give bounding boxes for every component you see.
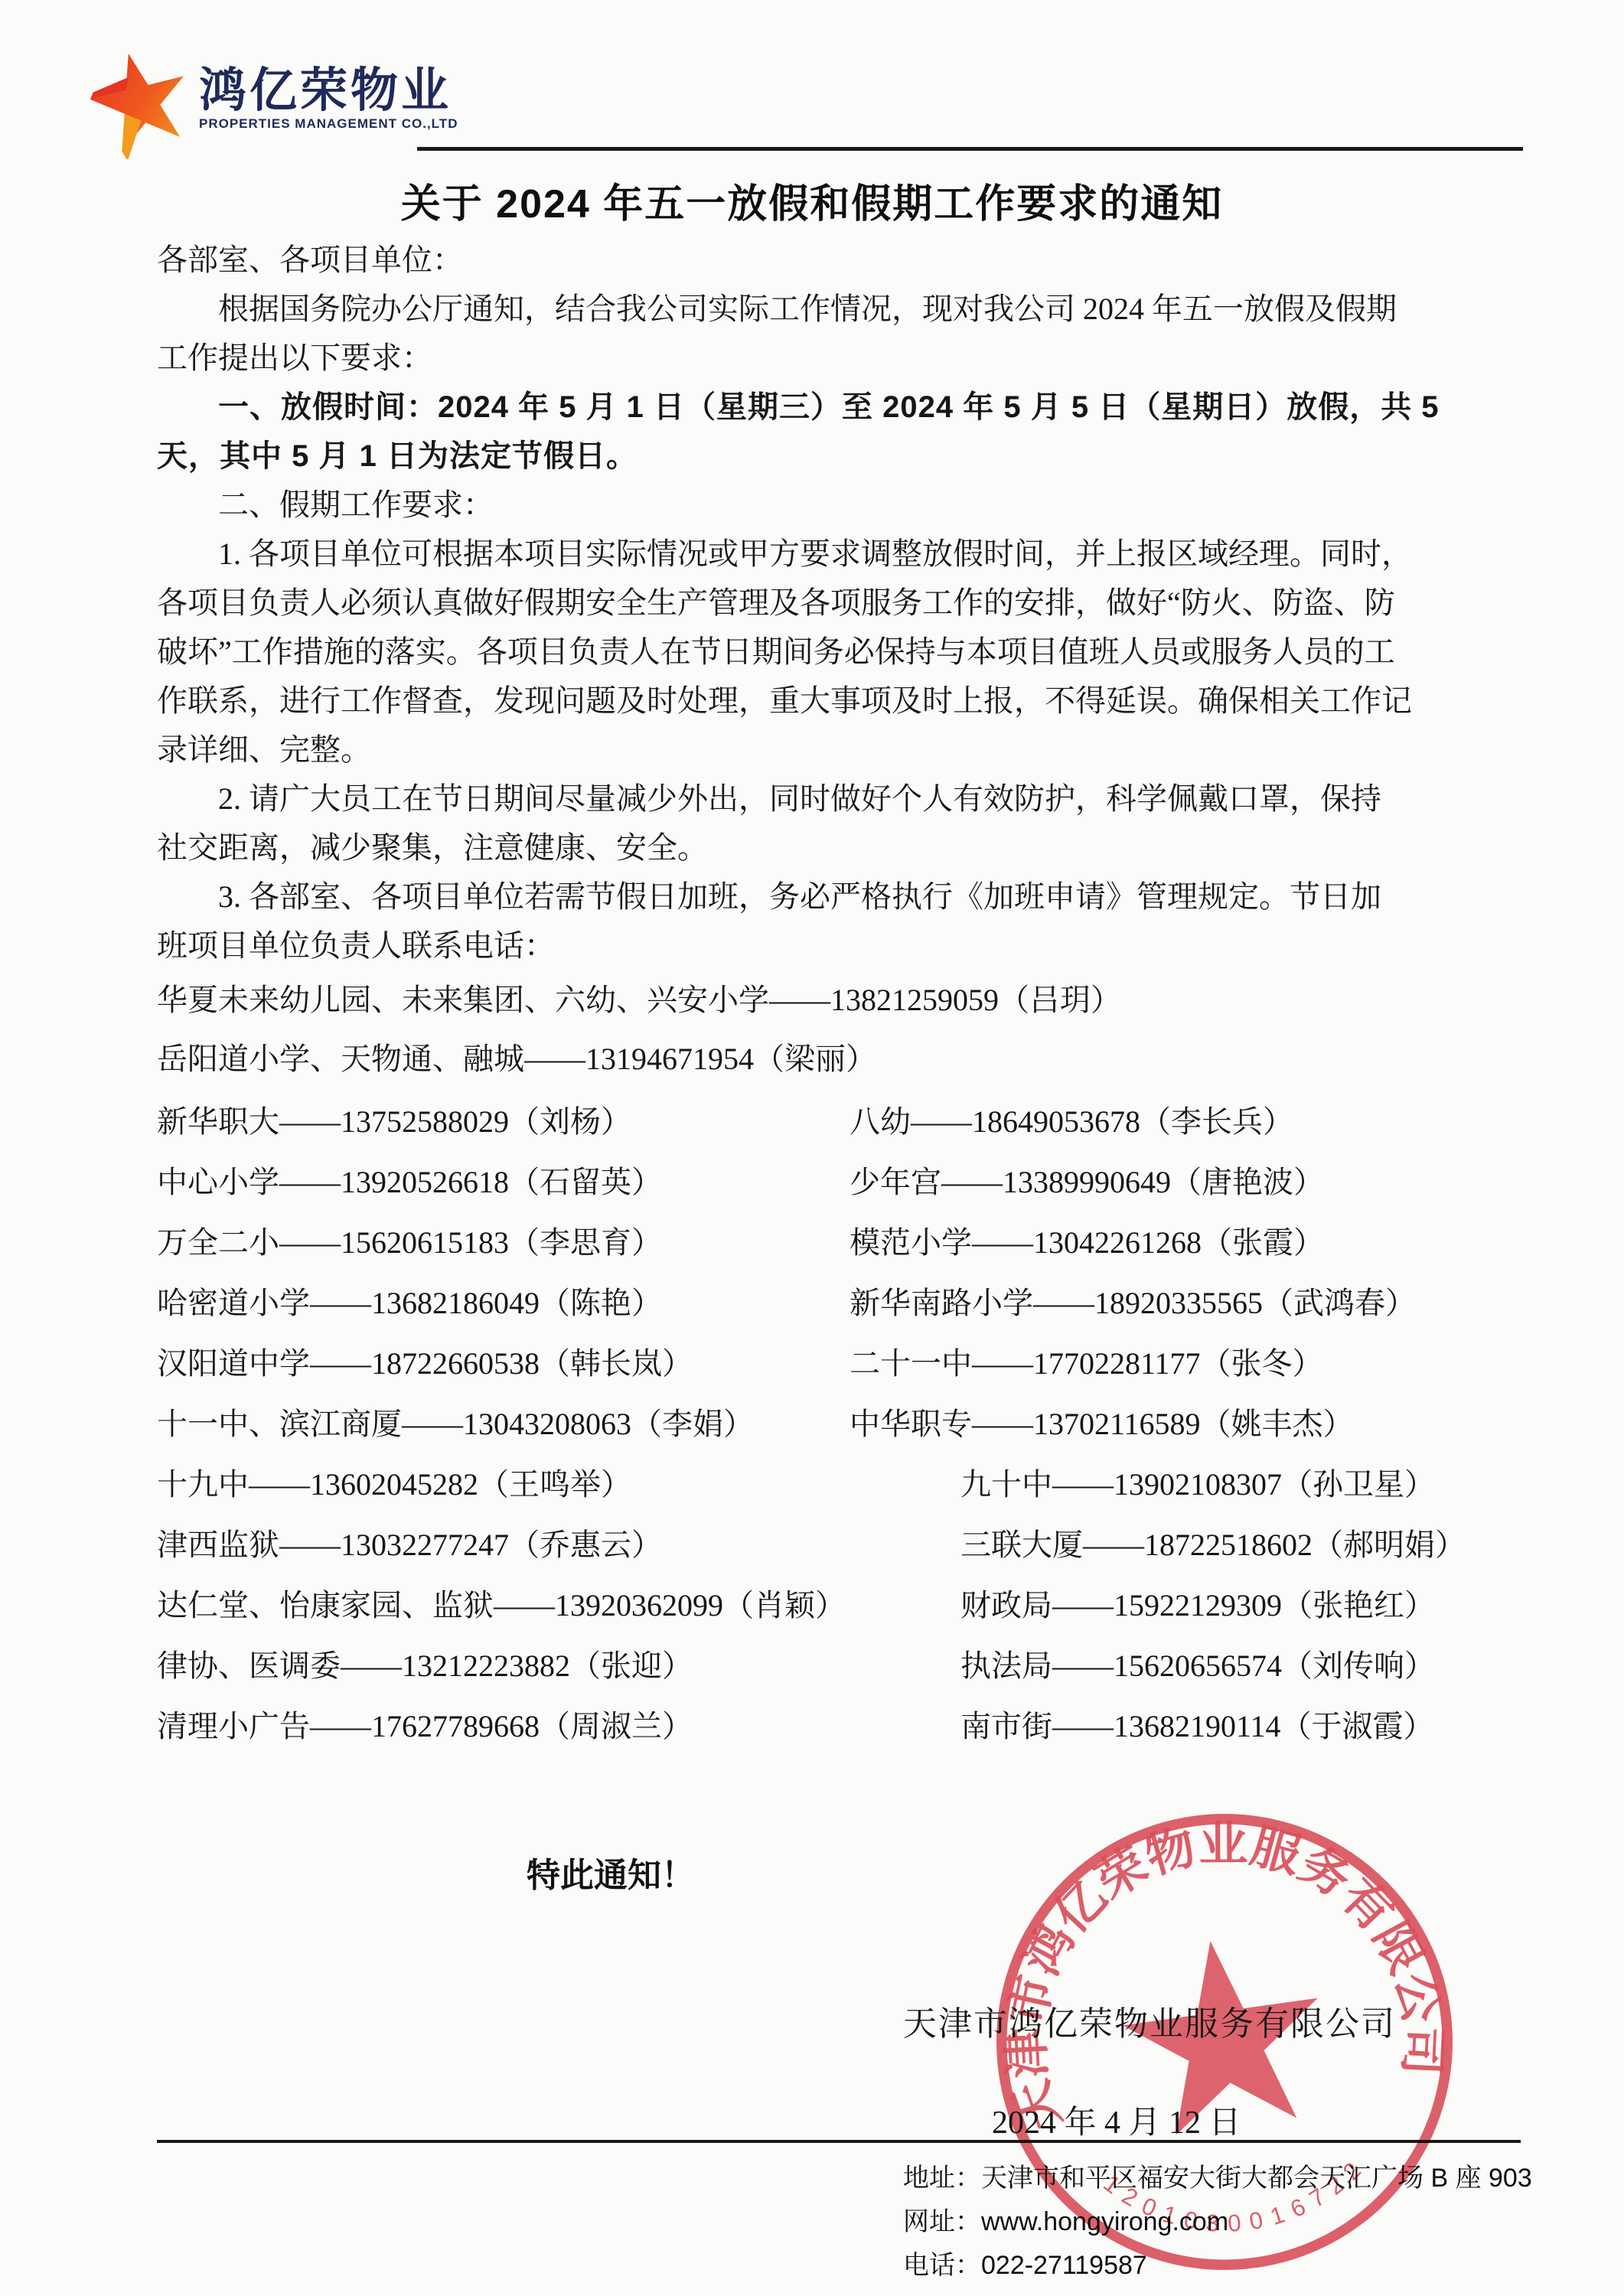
body-line: 录详细、完整。 bbox=[157, 726, 1522, 775]
contact-row: 达仁堂、怡康家园、监狱——13920362099（肖颖） 财政局——159221… bbox=[157, 1575, 1522, 1636]
contact-row: 津西监狱——13032277247（乔惠云） 三联大厦——18722518602… bbox=[157, 1515, 1522, 1575]
contact-entry: 万全二小——15620615183（李思育） bbox=[157, 1225, 662, 1260]
body-line: 各项目负责人必须认真做好假期安全生产管理及各项服务工作的安排，做好“防火、防盗、… bbox=[157, 579, 1522, 628]
contact-row: 十一中、滨江商厦——13043208063（李娟） 中华职专——13702116… bbox=[157, 1394, 1522, 1454]
contact-row: 哈密道小学——13682186049（陈艳） 新华南路小学——189203355… bbox=[157, 1273, 1522, 1333]
signature-date: 2024 年 4 月 12 日 bbox=[992, 2097, 1241, 2143]
body-line: 二、假期工作要求： bbox=[157, 481, 1522, 530]
contact-entry: 十一中、滨江商厦——13043208063（李娟） bbox=[157, 1407, 754, 1441]
contact-entry: 三联大厦——18722518602（郝明娟） bbox=[960, 1515, 1466, 1575]
contact-entry: 执法局——15620656574（刘传响） bbox=[960, 1636, 1435, 1696]
contact-entry: 模范小学——13042261268（张霞） bbox=[850, 1212, 1324, 1273]
contact-entry: 清理小广告——17627789668（周淑兰） bbox=[157, 1709, 693, 1743]
body-line: 1. 各项目单位可根据本项目实际情况或甲方要求调整放假时间，并上报区域经理。同时… bbox=[157, 530, 1522, 579]
contact-line: 华夏未来幼儿园、未来集团、六幼、兴安小学——13821259059（吕玥） bbox=[157, 970, 1522, 1029]
contact-row: 汉阳道中学——18722660538（韩长岚） 二十一中——1770228117… bbox=[157, 1333, 1522, 1394]
company-logo: 鸿亿荣物业 PROPERTIES MANAGEMENT CO.,LTD bbox=[90, 47, 458, 159]
closing-statement: 特此通知！ bbox=[527, 1848, 695, 1896]
contact-entry: 新华南路小学——18920335565（武鸿春） bbox=[850, 1273, 1416, 1333]
contact-entry: 十九中——13602045282（王鸣举） bbox=[157, 1467, 631, 1502]
contact-entry: 新华职大——13752588029（刘杨） bbox=[157, 1104, 631, 1139]
contact-entry: 财政局——15922129309（张艳红） bbox=[960, 1575, 1435, 1636]
contact-entry: 八幼——18649053678（李长兵） bbox=[850, 1091, 1293, 1152]
contact-entry: 达仁堂、怡康家园、监狱——13920362099（肖颖） bbox=[157, 1588, 846, 1623]
notice-body: 各部室、各项目单位： 根据国务院办公厅通知，结合我公司实际工作情况，现对我公司 … bbox=[157, 236, 1522, 1756]
contact-row: 清理小广告——17627789668（周淑兰） 南市街——13682190114… bbox=[157, 1696, 1522, 1756]
contact-row: 中心小学——13920526618（石留英） 少年宫——13389990649（… bbox=[157, 1152, 1522, 1212]
notice-title: 关于 2024 年五一放假和假期工作要求的通知 bbox=[0, 171, 1624, 229]
contact-entry: 哈密道小学——13682186049（陈艳） bbox=[157, 1286, 662, 1320]
body-line-holiday-time: 一、放假时间：2024 年 5 月 1 日（星期三）至 2024 年 5 月 5… bbox=[157, 383, 1522, 432]
contact-entry: 中心小学——13920526618（石留英） bbox=[157, 1165, 662, 1199]
body-line: 3. 各部室、各项目单位若需节假日加班，务必严格执行《加班申请》管理规定。节日加 bbox=[157, 872, 1522, 921]
signature-company: 天津市鸿亿荣物业服务有限公司 bbox=[903, 1996, 1396, 2045]
notice-document-page: 鸿亿荣物业 PROPERTIES MANAGEMENT CO.,LTD 关于 2… bbox=[0, 0, 1624, 2296]
body-line: 破坏”工作措施的落实。各项目负责人在节日期间务必保持与本项目值班人员或服务人员的… bbox=[157, 628, 1522, 677]
contact-row: 十九中——13602045282（王鸣举） 九十中——13902108307（孙… bbox=[157, 1454, 1522, 1515]
logo-company-name-cn: 鸿亿荣物业 bbox=[199, 67, 458, 115]
salutation: 各部室、各项目单位： bbox=[157, 236, 1522, 285]
contact-line: 岳阳道小学、天物通、融城——13194671954（梁丽） bbox=[157, 1029, 1522, 1088]
body-line: 2. 请广大员工在节日期间尽量减少外出，同时做好个人有效防护，科学佩戴口罩，保持 bbox=[157, 775, 1522, 823]
contact-entry: 律协、医调委——13212223882（张迎） bbox=[157, 1649, 693, 1683]
logo-star-icon bbox=[90, 47, 191, 159]
contact-row: 万全二小——15620615183（李思育） 模范小学——13042261268… bbox=[157, 1212, 1522, 1273]
contact-entry: 津西监狱——13032277247（乔惠云） bbox=[157, 1528, 662, 1562]
contact-entry: 南市街——13682190114（于淑霞） bbox=[960, 1696, 1434, 1756]
contact-entry: 少年宫——13389990649（唐艳波） bbox=[850, 1152, 1324, 1212]
contact-entry: 汉阳道中学——18722660538（韩长岚） bbox=[157, 1346, 693, 1381]
contact-list: 新华职大——13752588029（刘杨） 八幼——18649053678（李长… bbox=[157, 1091, 1522, 1756]
contact-entry: 九十中——13902108307（孙卫星） bbox=[960, 1454, 1435, 1515]
contact-entry: 二十一中——17702281177（张冬） bbox=[850, 1333, 1323, 1394]
logo-company-name-en: PROPERTIES MANAGEMENT CO.,LTD bbox=[199, 115, 458, 133]
header-divider-line bbox=[417, 147, 1523, 151]
contact-entry: 中华职专——13702116589（姚丰杰） bbox=[850, 1394, 1354, 1454]
body-line: 工作提出以下要求： bbox=[157, 334, 1522, 383]
body-line-holiday-time: 天，其中 5 月 1 日为法定节假日。 bbox=[157, 432, 1522, 481]
body-line: 作联系，进行工作督查，发现问题及时处理，重大事项及时上报，不得延误。确保相关工作… bbox=[157, 677, 1522, 726]
contact-row: 律协、医调委——13212223882（张迎） 执法局——15620656574… bbox=[157, 1636, 1522, 1696]
body-line: 根据国务院办公厅通知，结合我公司实际工作情况，现对我公司 2024 年五一放假及… bbox=[157, 285, 1522, 334]
body-line: 社交距离，减少聚集，注意健康、安全。 bbox=[157, 823, 1522, 872]
body-line: 班项目单位负责人联系电话： bbox=[157, 921, 1522, 970]
contact-row: 新华职大——13752588029（刘杨） 八幼——18649053678（李长… bbox=[157, 1091, 1522, 1152]
